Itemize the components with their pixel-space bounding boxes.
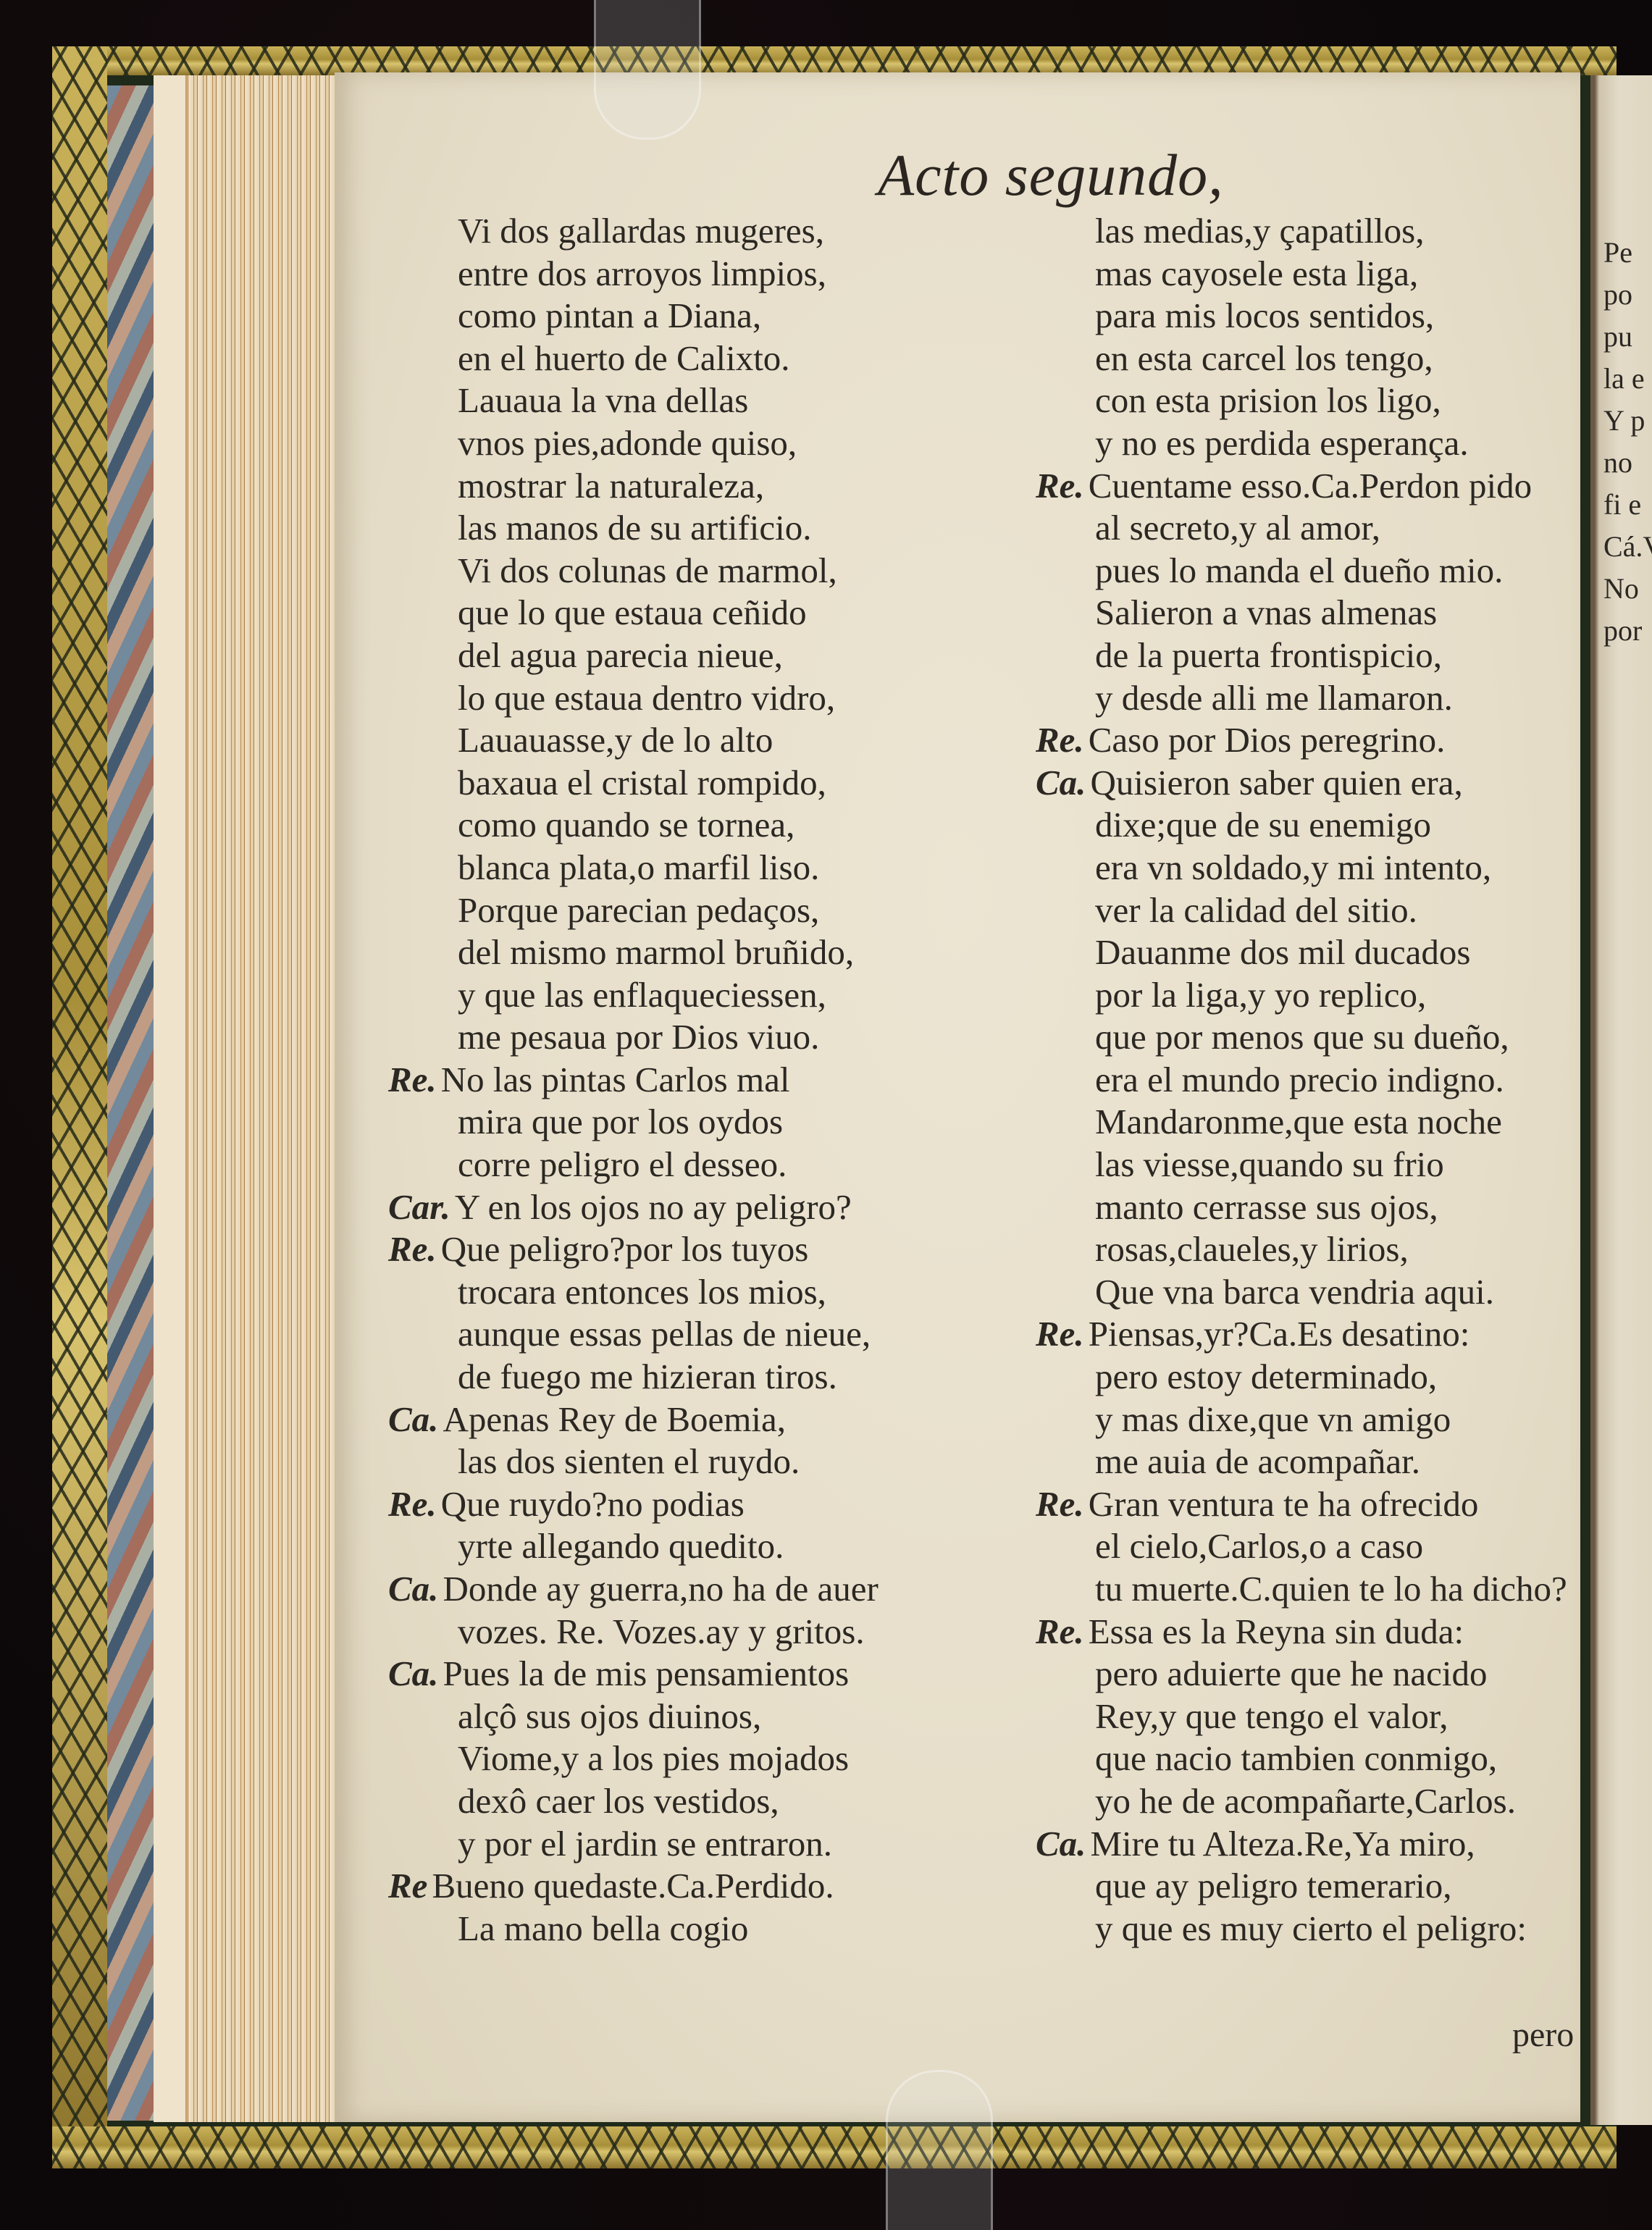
verse-line: dixe;que de su enemigo xyxy=(1036,804,1567,847)
verse-line: mas cayosele esta liga, xyxy=(1036,253,1567,295)
verse-text: las dos sienten el ruydo. xyxy=(458,1441,800,1481)
verse-line: que por menos que su dueño, xyxy=(1036,1016,1567,1059)
verse-text: yrte allegando quedito. xyxy=(458,1526,784,1566)
verse-text: Mandaronme,que esta noche xyxy=(1095,1102,1502,1141)
verse-text: en el huerto de Calixto. xyxy=(458,338,790,378)
facing-page-fragment: pu xyxy=(1603,316,1652,358)
verse-text: Que ruydo?no podias xyxy=(441,1484,745,1524)
speaker-tag: Ca. xyxy=(388,1653,438,1693)
verse-text: las manos de su artificio. xyxy=(458,508,812,548)
verse-line: Rey,y que tengo el valor, xyxy=(1036,1695,1567,1738)
running-head: Acto segundo, xyxy=(878,141,1224,209)
verse-line: Porque parecian pedaços, xyxy=(388,889,879,932)
verse-line: y que es muy cierto el peligro: xyxy=(1036,1908,1567,1950)
verse-text: Y en los ojos no ay peligro? xyxy=(455,1187,852,1227)
verse-line: vozes. Re. Vozes.ay y gritos. xyxy=(388,1611,879,1653)
verse-text: alçô sus ojos diuinos, xyxy=(458,1696,761,1736)
verse-line: las manos de su artificio. xyxy=(388,507,879,550)
speaker-tag: Ca. xyxy=(1036,763,1086,802)
speaker-tag: Car. xyxy=(388,1187,450,1227)
verse-text: de la puerta frontispicio, xyxy=(1095,635,1442,675)
verse-text: y que las enflaqueciessen, xyxy=(458,975,826,1015)
verse-line: Lauaua la vna dellas xyxy=(388,380,879,422)
verse-line: que ay peligro temerario, xyxy=(1036,1865,1567,1908)
verse-line: para mis locos sentidos, xyxy=(1036,295,1567,338)
verse-line: aunque essas pellas de nieue, xyxy=(388,1313,879,1356)
gold-tooled-border-left xyxy=(52,46,107,2168)
verse-line: Car.Y en los ojos no ay peligro? xyxy=(388,1186,879,1229)
verse-text: Pues la de mis pensamientos xyxy=(443,1653,849,1693)
verse-text: Salieron a vnas almenas xyxy=(1095,592,1437,632)
verse-text: Que peligro?por los tuyos xyxy=(441,1229,809,1269)
verse-text: el cielo,Carlos,o a caso xyxy=(1095,1526,1423,1566)
verse-line: de la puerta frontispicio, xyxy=(1036,634,1567,677)
verse-text: Rey,y que tengo el valor, xyxy=(1095,1696,1448,1736)
catchword: pero xyxy=(1512,2015,1574,2055)
verse-text: pero estoy determinado, xyxy=(1095,1357,1437,1396)
verse-text: manto cerrasse sus ojos, xyxy=(1095,1187,1438,1227)
verse-text: entre dos arroyos limpios, xyxy=(458,253,826,293)
right-verse-column: las medias,y çapatillos,mas cayosele est… xyxy=(1036,210,1567,1950)
facing-page-fragment: No xyxy=(1603,568,1652,610)
verse-text: como quando se tornea, xyxy=(458,805,794,844)
verse-line: al secreto,y al amor, xyxy=(1036,507,1567,550)
verse-line: Ca.Apenas Rey de Boemia, xyxy=(388,1399,879,1441)
verse-line: ver la calidad del sitio. xyxy=(1036,889,1567,932)
verse-line: entre dos arroyos limpios, xyxy=(388,253,879,295)
verse-text: de fuego me hizieran tiros. xyxy=(458,1357,837,1396)
verse-line: Re.Essa es la Reyna sin duda: xyxy=(1036,1611,1567,1653)
verse-line: como quando se tornea, xyxy=(388,804,879,847)
facing-page-fragment: fi e xyxy=(1603,484,1652,526)
verse-line: manto cerrasse sus ojos, xyxy=(1036,1186,1567,1229)
verse-line: y que las enflaqueciessen, xyxy=(388,974,879,1017)
verse-text: Quisieron saber quien era, xyxy=(1090,763,1462,802)
verse-line: como pintan a Diana, xyxy=(388,295,879,338)
verse-line: en el huerto de Calixto. xyxy=(388,338,879,380)
verse-text: Lauauasse,y de lo alto xyxy=(458,720,773,760)
verse-line: me pesaua por Dios viuo. xyxy=(388,1016,879,1059)
verse-line: pues lo manda el dueño mio. xyxy=(1036,550,1567,592)
marbled-endpaper xyxy=(107,85,154,2121)
verse-text: Lauaua la vna dellas xyxy=(458,380,748,420)
verse-line: con esta prision los ligo, xyxy=(1036,380,1567,422)
verse-line: corre peligro el desseo. xyxy=(388,1144,879,1186)
verse-line: el cielo,Carlos,o a caso xyxy=(1036,1525,1567,1568)
speaker-tag: Re. xyxy=(388,1229,437,1269)
speaker-tag: Re. xyxy=(1036,1314,1084,1354)
verse-text: Apenas Rey de Boemia, xyxy=(443,1399,786,1439)
verse-text: y no es perdida esperança. xyxy=(1095,423,1469,463)
verse-text: vnos pies,adonde quiso, xyxy=(458,423,797,463)
verse-line: que nacio tambien conmigo, xyxy=(1036,1738,1567,1780)
verse-text: aunque essas pellas de nieue, xyxy=(458,1314,871,1354)
speaker-tag: Re xyxy=(388,1866,427,1906)
facing-page-fragment: por xyxy=(1603,610,1652,652)
verse-line: blanca plata,o marfil liso. xyxy=(388,847,879,889)
verse-line: y por el jardin se entraron. xyxy=(388,1823,879,1866)
verse-text: del mismo marmol bruñido, xyxy=(458,932,854,972)
verse-text: Dauanme dos mil ducados xyxy=(1095,932,1470,972)
verse-text: y desde alli me llamaron. xyxy=(1095,678,1453,718)
facing-page-fragment: Cá.Vi xyxy=(1603,526,1652,568)
verse-line: mostrar la naturaleza, xyxy=(388,465,879,508)
verse-text: La mano bella cogio xyxy=(458,1908,748,1948)
verse-line: era el mundo precio indigno. xyxy=(1036,1059,1567,1102)
speaker-tag: Re. xyxy=(1036,1611,1084,1651)
verse-text: Caso por Dios peregrino. xyxy=(1089,720,1446,760)
verse-line: era vn soldado,y mi intento, xyxy=(1036,847,1567,889)
facing-page-fragment: Pe xyxy=(1603,232,1652,274)
verse-text: Piensas,yr?Ca.Es desatino: xyxy=(1089,1314,1470,1354)
verse-text: corre peligro el desseo. xyxy=(458,1144,787,1184)
verse-text: con esta prision los ligo, xyxy=(1095,380,1441,420)
verse-text: pero aduierte que he nacido xyxy=(1095,1653,1487,1693)
verse-text: que ay peligro temerario, xyxy=(1095,1866,1452,1906)
page-clip-top xyxy=(594,0,701,140)
verse-line: Dauanme dos mil ducados xyxy=(1036,931,1567,974)
verse-text: me auia de acompañar. xyxy=(1095,1441,1420,1481)
verse-text: como pintan a Diana, xyxy=(458,295,761,335)
verse-line: alçô sus ojos diuinos, xyxy=(388,1695,879,1738)
verse-line: Vi dos colunas de marmol, xyxy=(388,550,879,592)
verse-line: vnos pies,adonde quiso, xyxy=(388,422,879,465)
verse-text: del agua parecia nieue, xyxy=(458,635,783,675)
verse-line: que lo que estaua ceñido xyxy=(388,592,879,634)
verse-line: trocara entonces los mios, xyxy=(388,1271,879,1314)
speaker-tag: Re. xyxy=(1036,466,1084,506)
facing-page-fragment: Y p xyxy=(1603,400,1652,442)
verse-line: me auia de acompañar. xyxy=(1036,1441,1567,1483)
verse-text: baxaua el cristal rompido, xyxy=(458,763,826,802)
verse-text: Donde ay guerra,no ha de auer xyxy=(443,1569,878,1609)
verse-text: Cuentame esso.Ca.Perdon pido xyxy=(1089,466,1532,506)
verse-line: dexô caer los vestidos, xyxy=(388,1780,879,1823)
verse-line: Que vna barca vendria aqui. xyxy=(1036,1271,1567,1314)
verse-text: No las pintas Carlos mal xyxy=(441,1060,790,1099)
speaker-tag: Re. xyxy=(388,1060,437,1099)
verse-text: ver la calidad del sitio. xyxy=(1095,890,1417,930)
left-verse-column: Vi dos gallardas mugeres,entre dos arroy… xyxy=(388,210,879,1950)
verse-line: lo que estaua dentro vidro, xyxy=(388,677,879,720)
verse-text: las viesse,quando su frio xyxy=(1095,1144,1444,1184)
verse-line: por la liga,y yo replico, xyxy=(1036,974,1567,1017)
gold-tooled-border-top xyxy=(52,46,1617,75)
verse-text: las medias,y çapatillos, xyxy=(1095,211,1425,251)
verse-line: Viome,y a los pies mojados xyxy=(388,1738,879,1780)
verse-line: Re.Caso por Dios peregrino. xyxy=(1036,719,1567,762)
verse-text: en esta carcel los tengo, xyxy=(1095,338,1433,378)
verse-line: La mano bella cogio xyxy=(388,1908,879,1950)
verse-text: blanca plata,o marfil liso. xyxy=(458,847,819,887)
verse-text: que por menos que su dueño, xyxy=(1095,1017,1509,1057)
verse-text: y que es muy cierto el peligro: xyxy=(1095,1908,1527,1948)
facing-page-fragment: po xyxy=(1603,274,1652,316)
speaker-tag: Re. xyxy=(1036,1484,1084,1524)
verse-text: Viome,y a los pies mojados xyxy=(458,1738,849,1778)
gold-tooled-border-bottom xyxy=(52,2126,1617,2168)
verse-text: al secreto,y al amor, xyxy=(1095,508,1380,548)
verse-line: yo he de acompañarte,Carlos. xyxy=(1036,1780,1567,1823)
speaker-tag: Ca. xyxy=(388,1569,438,1609)
verse-line: yrte allegando quedito. xyxy=(388,1525,879,1568)
verse-line: las medias,y çapatillos, xyxy=(1036,210,1567,253)
verse-text: que nacio tambien conmigo, xyxy=(1095,1738,1497,1778)
verse-line: Re.No las pintas Carlos mal xyxy=(388,1059,879,1102)
verse-text: Porque parecian pedaços, xyxy=(458,890,819,930)
verse-line: Vi dos gallardas mugeres, xyxy=(388,210,879,253)
speaker-tag: Re. xyxy=(1036,720,1084,760)
verse-text: era el mundo precio indigno. xyxy=(1095,1060,1504,1099)
verse-line: Mandaronme,que esta noche xyxy=(1036,1101,1567,1144)
page-clip-bottom xyxy=(886,2070,993,2230)
verse-text: era vn soldado,y mi intento, xyxy=(1095,847,1491,887)
verse-text: Essa es la Reyna sin duda: xyxy=(1089,1611,1464,1651)
verse-text: mira que por los oydos xyxy=(458,1102,783,1141)
verse-text: trocara entonces los mios, xyxy=(458,1272,826,1312)
verse-text: mas cayosele esta liga, xyxy=(1095,253,1418,293)
verse-line: y desde alli me llamaron. xyxy=(1036,677,1567,720)
verse-text: para mis locos sentidos, xyxy=(1095,295,1434,335)
verse-line: ReBueno quedaste.Ca.Perdido. xyxy=(388,1865,879,1908)
verse-line: Ca.Pues la de mis pensamientos xyxy=(388,1653,879,1695)
verse-line: y mas dixe,que vn amigo xyxy=(1036,1399,1567,1441)
verse-line: en esta carcel los tengo, xyxy=(1036,338,1567,380)
verse-text: Bueno quedaste.Ca.Perdido. xyxy=(432,1866,834,1906)
verse-text: pues lo manda el dueño mio. xyxy=(1095,550,1503,590)
facing-page-fragment: la e xyxy=(1603,358,1652,400)
verse-text: que lo que estaua ceñido xyxy=(458,592,807,632)
verse-line: pero estoy determinado, xyxy=(1036,1356,1567,1399)
verse-line: y no es perdida esperança. xyxy=(1036,422,1567,465)
verse-line: Salieron a vnas almenas xyxy=(1036,592,1567,634)
verse-text: me pesaua por Dios viuo. xyxy=(458,1017,819,1057)
verse-line: Ca.Mire tu Alteza.Re,Ya miro, xyxy=(1036,1823,1567,1866)
verse-line: de fuego me hizieran tiros. xyxy=(388,1356,879,1399)
speaker-tag: Ca. xyxy=(388,1399,438,1439)
verse-line: pero aduierte que he nacido xyxy=(1036,1653,1567,1695)
verse-line: Lauauasse,y de lo alto xyxy=(388,719,879,762)
verse-line: Re.Piensas,yr?Ca.Es desatino: xyxy=(1036,1313,1567,1356)
verse-text: dixe;que de su enemigo xyxy=(1095,805,1431,844)
facing-page-text: Pepopula eY pnofi eCá.ViNopor xyxy=(1603,232,1652,652)
verse-text: y por el jardin se entraron. xyxy=(458,1824,832,1864)
verse-text: lo que estaua dentro vidro, xyxy=(458,678,835,718)
verse-line: Re.Gran ventura te ha ofrecido xyxy=(1036,1483,1567,1526)
verse-line: Ca.Quisieron saber quien era, xyxy=(1036,762,1567,805)
verse-text: mostrar la naturaleza, xyxy=(458,466,764,506)
verse-line: Re.Que peligro?por los tuyos xyxy=(388,1228,879,1271)
page-edge-stack xyxy=(154,75,335,2122)
verse-line: Re.Que ruydo?no podias xyxy=(388,1483,879,1526)
verse-text: dexô caer los vestidos, xyxy=(458,1781,779,1821)
verse-text: Gran ventura te ha ofrecido xyxy=(1089,1484,1479,1524)
verse-text: por la liga,y yo replico, xyxy=(1095,975,1426,1015)
verse-line: rosas,claueles,y lirios, xyxy=(1036,1228,1567,1271)
verse-text: vozes. Re. Vozes.ay y gritos. xyxy=(458,1611,865,1651)
verse-text: tu muerte.C.quien te lo ha dicho? xyxy=(1095,1569,1567,1609)
verse-line: mira que por los oydos xyxy=(388,1101,879,1144)
verse-text: rosas,claueles,y lirios, xyxy=(1095,1229,1409,1269)
verse-text: Mire tu Alteza.Re,Ya miro, xyxy=(1090,1824,1475,1864)
verse-text: Vi dos gallardas mugeres, xyxy=(458,211,824,251)
verse-text: yo he de acompañarte,Carlos. xyxy=(1095,1781,1516,1821)
speaker-tag: Re. xyxy=(388,1484,437,1524)
verse-text: Vi dos colunas de marmol, xyxy=(458,550,837,590)
verse-line: Ca.Donde ay guerra,no ha de auer xyxy=(388,1568,879,1611)
verse-line: las dos sienten el ruydo. xyxy=(388,1441,879,1483)
verse-line: baxaua el cristal rompido, xyxy=(388,762,879,805)
verse-line: las viesse,quando su frio xyxy=(1036,1144,1567,1186)
speaker-tag: Ca. xyxy=(1036,1824,1086,1864)
verse-text: y mas dixe,que vn amigo xyxy=(1095,1399,1451,1439)
verse-line: del agua parecia nieue, xyxy=(388,634,879,677)
facing-page-fragment: no xyxy=(1603,442,1652,484)
verse-line: Re.Cuentame esso.Ca.Perdon pido xyxy=(1036,465,1567,508)
verse-line: del mismo marmol bruñido, xyxy=(388,931,879,974)
verse-line: tu muerte.C.quien te lo ha dicho? xyxy=(1036,1568,1567,1611)
verse-text: Que vna barca vendria aqui. xyxy=(1095,1272,1494,1312)
